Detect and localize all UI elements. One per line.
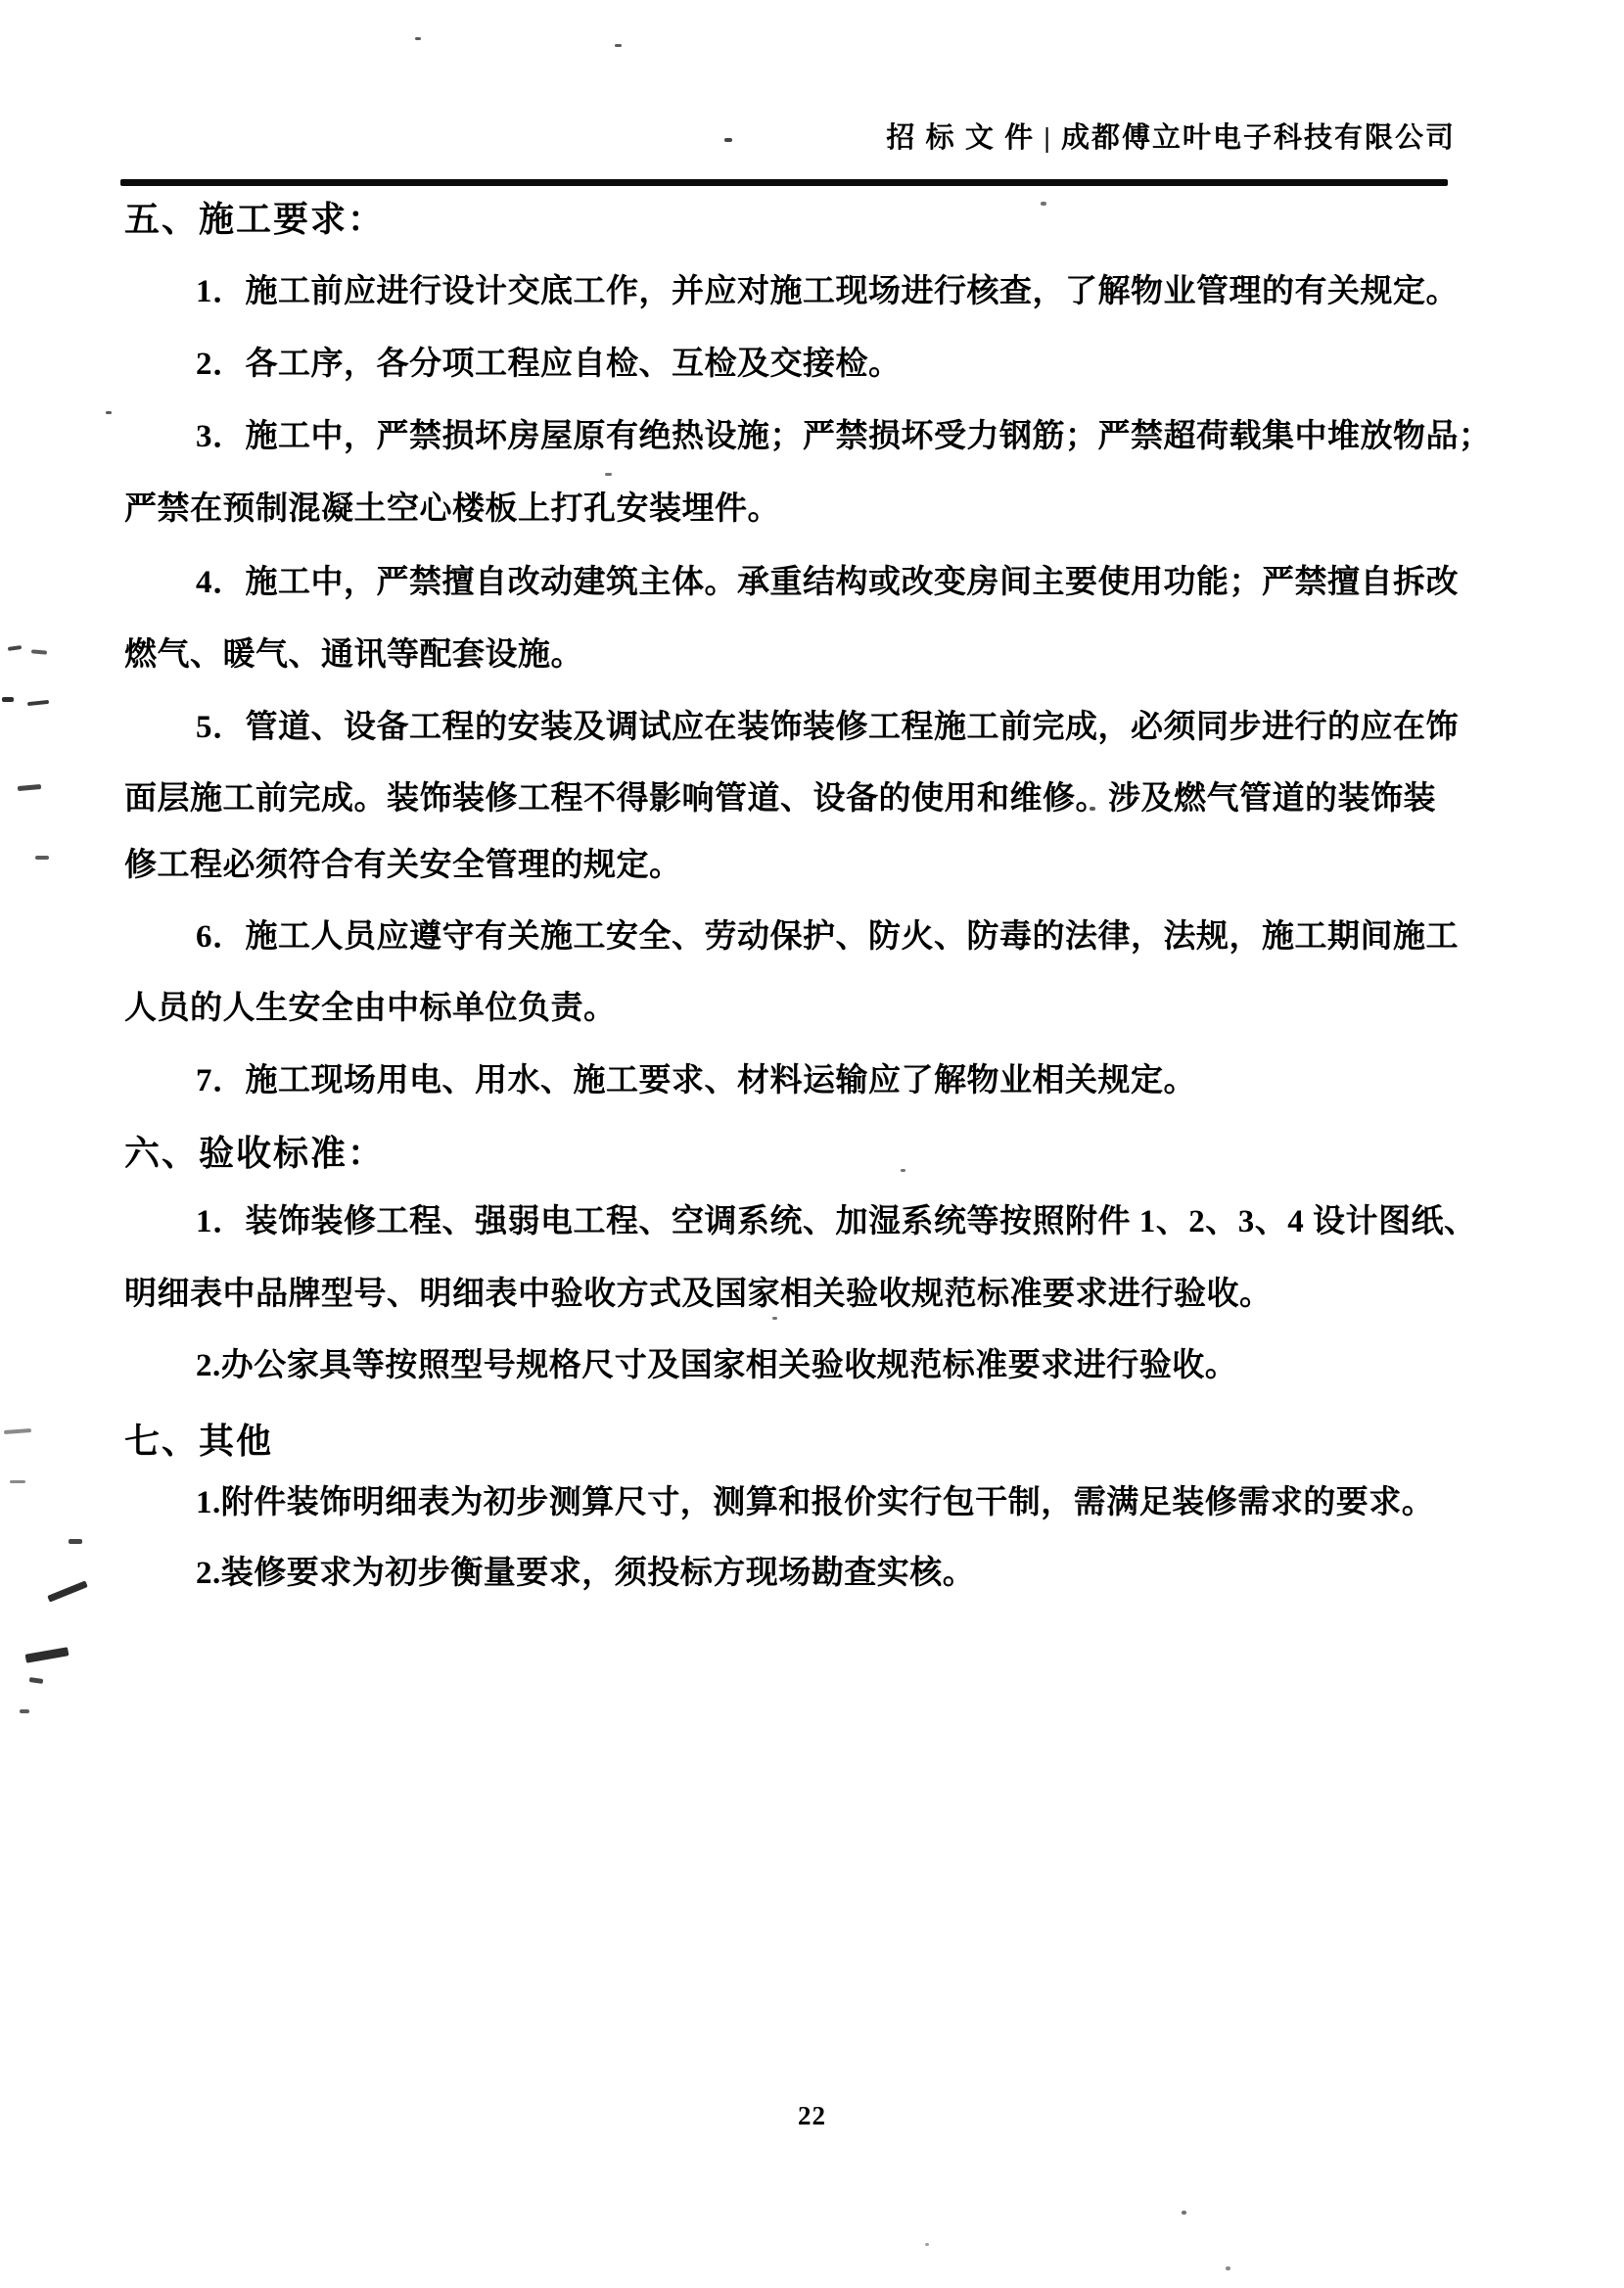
section-heading: 七、其他 xyxy=(124,1414,273,1464)
scan-speck xyxy=(29,1677,44,1684)
scanned-document-page: 招 标 文 件 | 成都傅立叶电子科技有限公司 五、施工要求：1．施工前应进行设… xyxy=(0,0,1624,2288)
section-heading: 五、施工要求： xyxy=(124,192,385,242)
text-line: 2.装修要求为初步衡量要求，须投标方现场勘查实核。 xyxy=(196,1547,975,1593)
scan-speck xyxy=(724,138,732,142)
scan-speck xyxy=(2,697,14,702)
scan-speck xyxy=(8,645,22,651)
text-line: 4．施工中，严禁擅自改动建筑主体。承重结构或改变房间主要使用功能；严禁擅自拆改 xyxy=(196,556,1459,602)
text-line: 修工程必须符合有关安全管理的规定。 xyxy=(124,839,682,885)
text-line: 2．各工序，各分项工程应自检、互检及交接检。 xyxy=(196,338,902,384)
page-number: 22 xyxy=(0,2101,1624,2131)
scan-speck xyxy=(901,1169,905,1172)
scan-speck xyxy=(605,473,612,476)
scan-speck xyxy=(1090,807,1095,811)
text-line: 燃气、暖气、通讯等配套设施。 xyxy=(124,629,583,675)
scan-speck xyxy=(25,1647,70,1663)
scan-speck xyxy=(1041,202,1046,206)
scan-speck xyxy=(772,1317,777,1320)
text-line: 5．管道、设备工程的安装及调试应在装饰装修工程施工前完成，必须同步进行的应在饰 xyxy=(196,701,1459,747)
text-line: 面层施工前完成。装饰装修工程不得影响管道、设备的使用和维修。涉及燃气管道的装饰装 xyxy=(124,772,1436,818)
scan-speck xyxy=(27,700,49,706)
text-line: 2.办公家具等按照型号规格尺寸及国家相关验收规范标准要求进行验收。 xyxy=(196,1339,1237,1385)
text-line: 3．施工中，严禁损坏房屋原有绝热设施；严禁损坏受力钢筋；严禁超荷载集中堆放物品； xyxy=(196,410,1492,456)
text-line: 严禁在预制混凝土空心楼板上打孔安装埋件。 xyxy=(124,483,780,529)
scan-speck xyxy=(925,2243,929,2246)
scan-speck xyxy=(1182,2211,1186,2215)
scan-speck xyxy=(69,1539,82,1544)
text-line: 7．施工现场用电、用水、施工要求、材料运输应了解物业相关规定。 xyxy=(196,1054,1196,1100)
text-line: 1．装饰装修工程、强弱电工程、空调系统、加湿系统等按照附件 1、2、3、4 设计… xyxy=(196,1195,1477,1241)
document-header: 招 标 文 件 | 成都傅立叶电子科技有限公司 xyxy=(886,116,1456,156)
scan-speck xyxy=(415,37,421,40)
text-line: 1.附件装饰明细表为初步测算尺寸，测算和报价实行包干制，需满足装修需求的要求。 xyxy=(196,1476,1434,1522)
scan-speck xyxy=(615,44,622,47)
text-line: 人员的人生安全由中标单位负责。 xyxy=(124,982,617,1028)
scan-speck xyxy=(20,1709,29,1713)
scan-speck xyxy=(35,856,49,860)
scan-speck xyxy=(31,649,47,654)
scan-speck xyxy=(10,1480,25,1483)
text-line: 6．施工人员应遵守有关施工安全、劳动保护、防火、防毒的法律，法规，施工期间施工 xyxy=(196,911,1459,957)
header-divider-rule xyxy=(120,179,1448,186)
scan-speck xyxy=(4,1428,31,1434)
scan-speck xyxy=(47,1580,88,1602)
text-line: 明细表中品牌型号、明细表中验收方式及国家相关验收规范标准要求进行验收。 xyxy=(124,1268,1273,1314)
scan-speck xyxy=(106,411,112,414)
section-heading: 六、验收标准： xyxy=(124,1126,385,1176)
scan-speck xyxy=(18,784,41,791)
scan-speck xyxy=(1226,2266,1230,2270)
text-line: 1．施工前应进行设计交底工作，并应对施工现场进行核查，了解物业管理的有关规定。 xyxy=(196,265,1459,311)
